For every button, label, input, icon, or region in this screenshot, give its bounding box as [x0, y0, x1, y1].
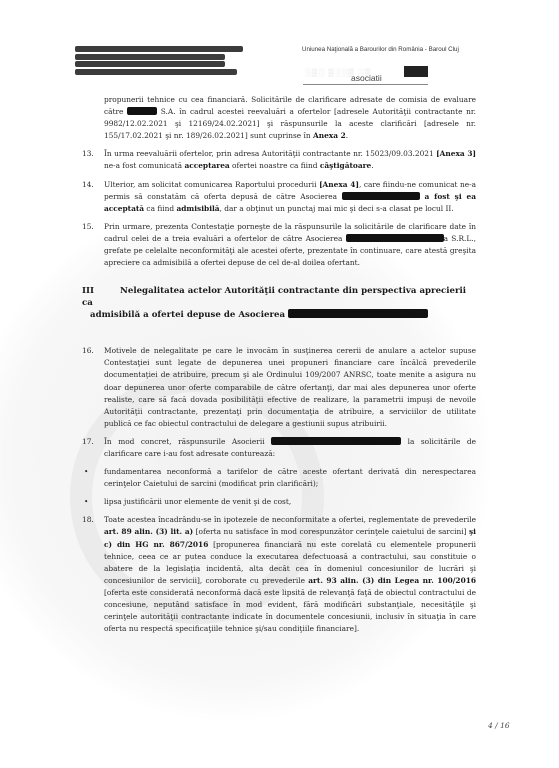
redaction — [127, 107, 157, 115]
redaction — [288, 309, 428, 318]
bullet-icon: • — [84, 466, 88, 478]
bullet-icon: • — [84, 496, 88, 508]
logo-redaction — [404, 66, 428, 77]
paragraph-13: 13. În urma reevaluării ofertelor, prin … — [82, 148, 476, 172]
redaction — [271, 437, 401, 445]
paragraph-17: 17. În mod concret, răspunsurile Asocier… — [82, 436, 476, 460]
paragraph-12-continued: propunerii tehnice cu cea financiară. So… — [82, 94, 476, 142]
redacted-letterhead — [75, 46, 245, 76]
section-heading-iii: IIINelegalitatea actelor Autorităţii con… — [82, 285, 476, 321]
logo-text: asociatii — [351, 73, 382, 83]
bar-association-title: Uniunea Naţională a Barourilor din Român… — [302, 46, 472, 53]
bullet-item: • fundamentarea neconformă a tarifelor d… — [82, 466, 476, 490]
paragraph-16: 16. Motivele de nelegalitate pe care le … — [82, 345, 476, 430]
paragraph-18: 18. Toate acestea încadrându-se în ipote… — [82, 514, 476, 635]
page-number: 4 / 16 — [488, 721, 510, 730]
law-firm-logo: ░▒░ ▒░░▒ ░▒ asociatii — [303, 66, 428, 85]
bullet-item: • lipsa justificării unor elemente de ve… — [82, 496, 476, 508]
document-body: propunerii tehnice cu cea financiară. So… — [82, 94, 476, 641]
redaction — [346, 234, 444, 242]
paragraph-15: 15. Prin urmare, prezenta Contestaţie po… — [82, 221, 476, 269]
redaction — [342, 192, 420, 200]
paragraph-14: 14. Ulterior, am solicitat comunicarea R… — [82, 179, 476, 215]
